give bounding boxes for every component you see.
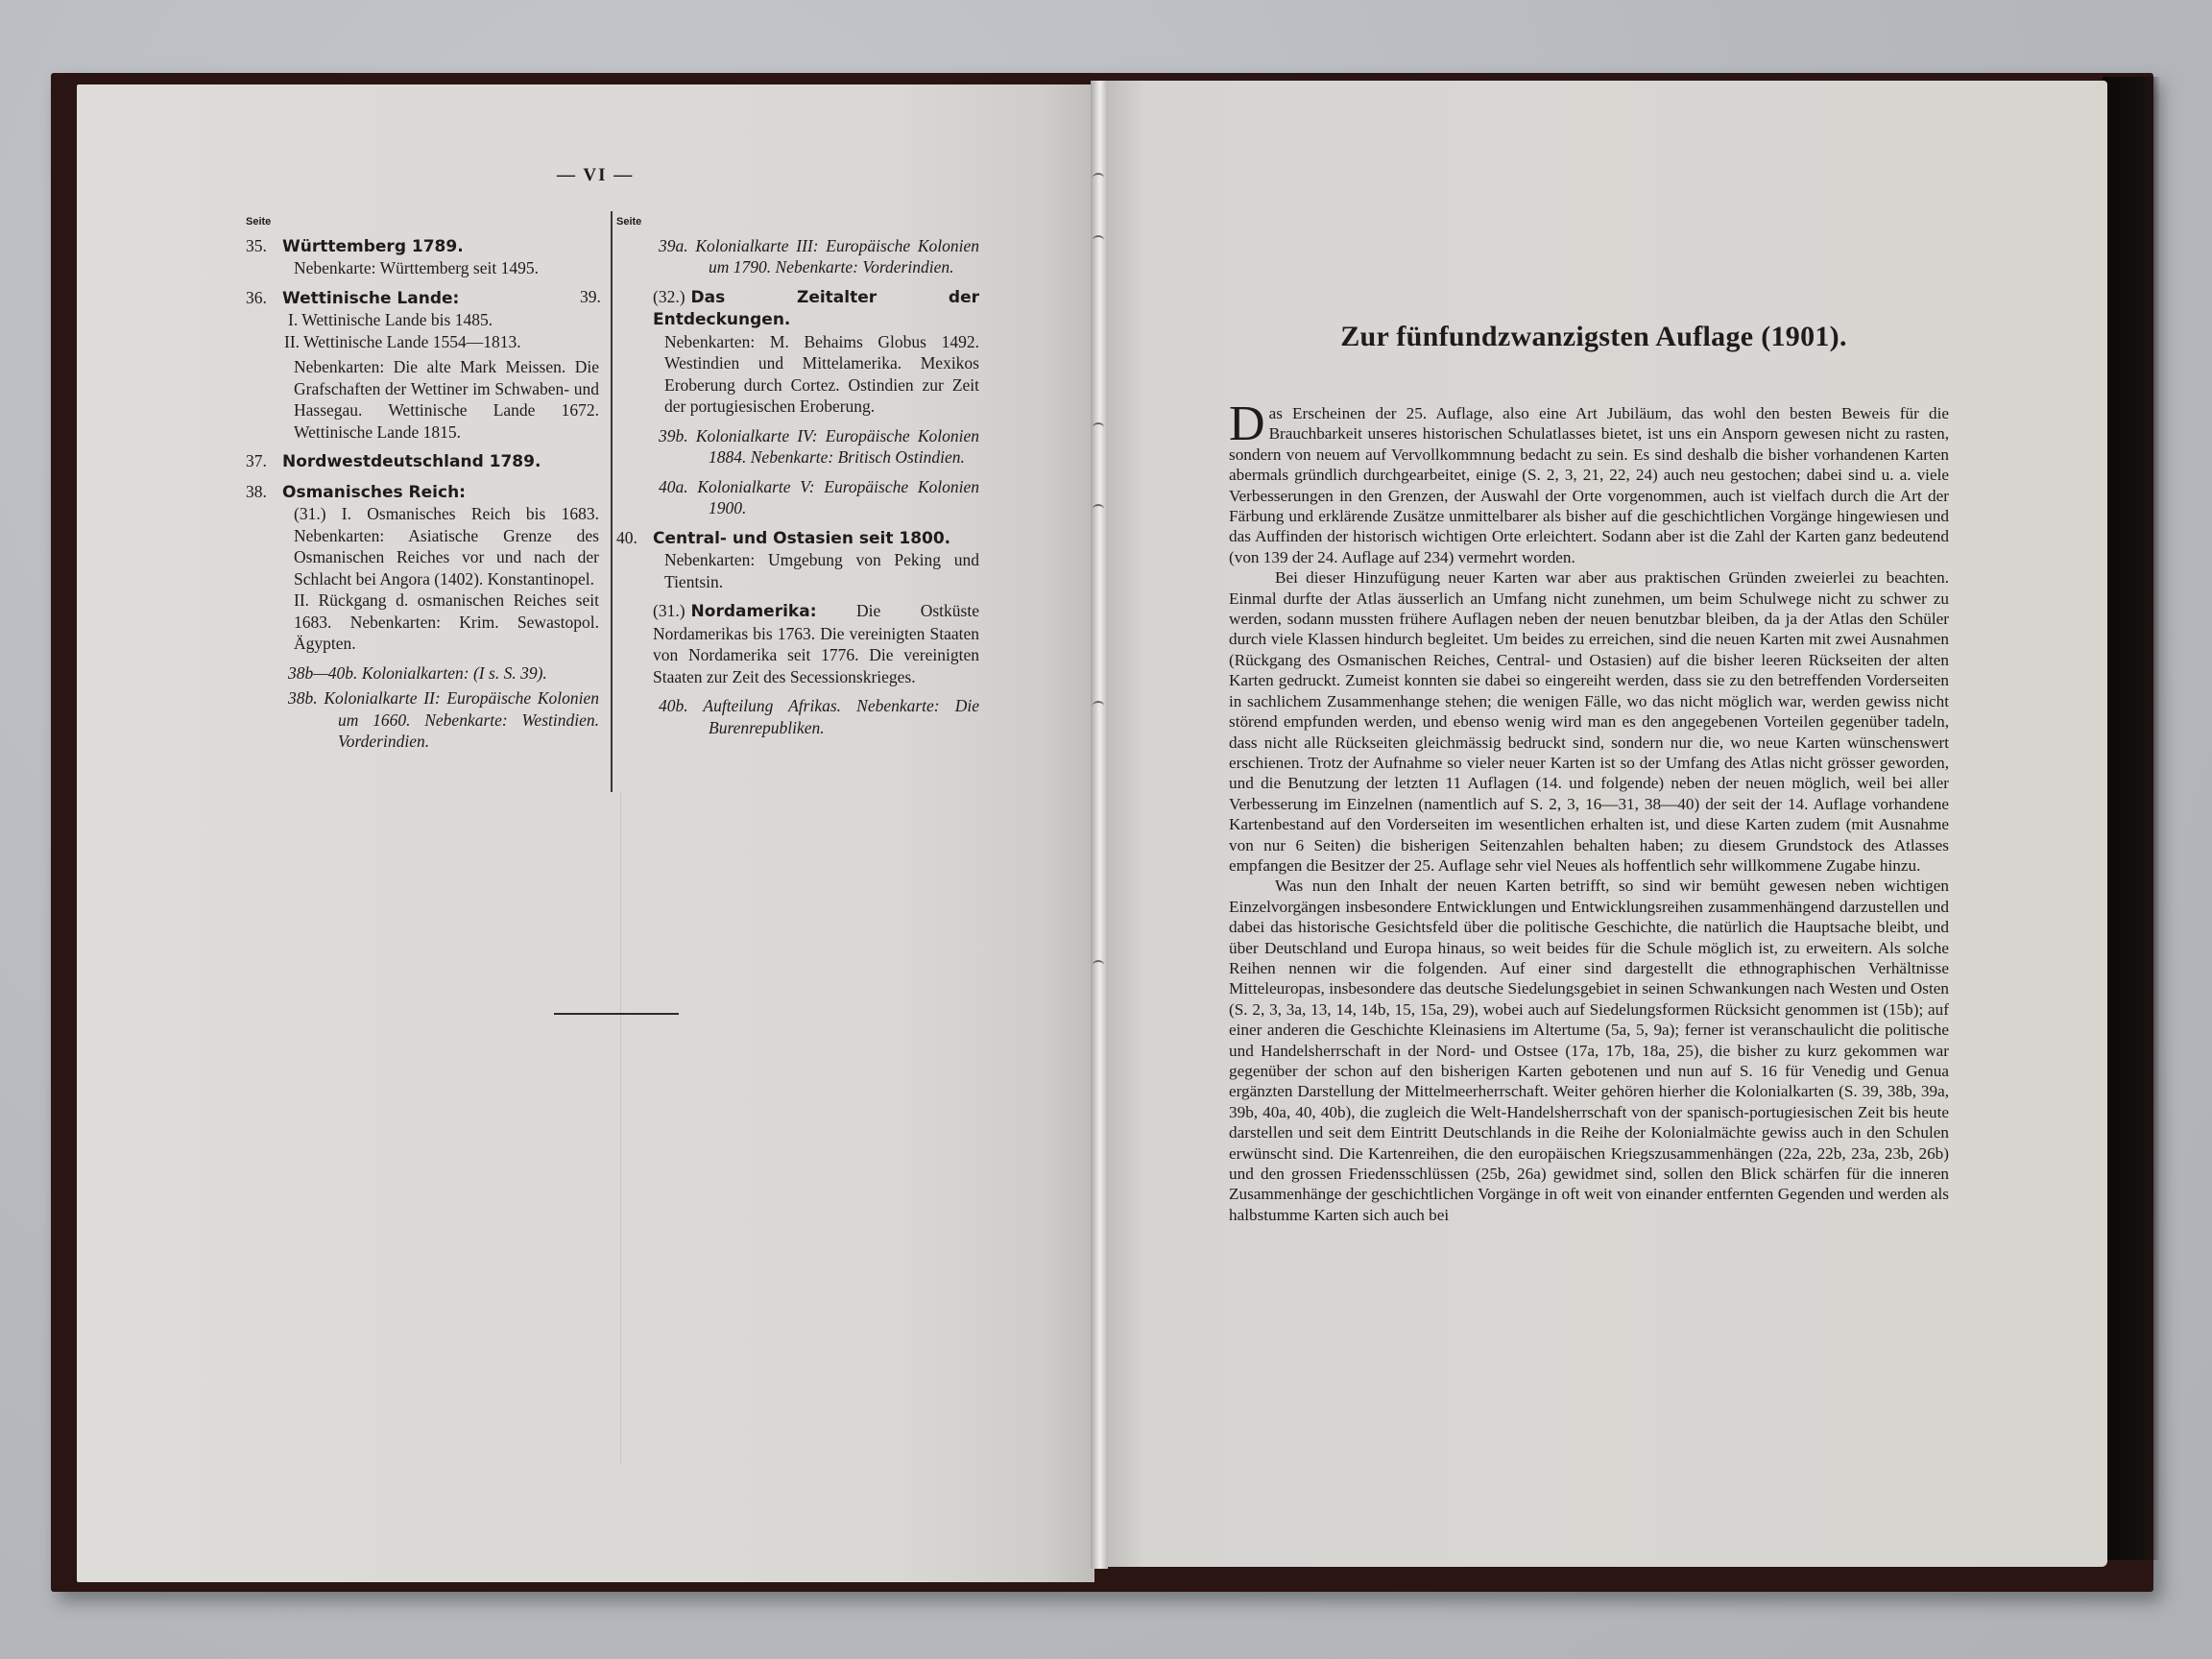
toc-entry: 38.Osmanisches Reich: (31.) I. Osmanisch… [246, 481, 599, 655]
entry-number: 39a. [659, 236, 688, 255]
entry-title: Nordamerika: [691, 602, 817, 621]
book-gutter [1091, 81, 1108, 1569]
entry-title: Wettinische Lande: [282, 289, 459, 308]
entry-line: II. Wettinische Lande 1554—1813. [246, 331, 599, 353]
page-number: — VI — [557, 165, 634, 186]
entry-title: Württemberg 1789. [282, 237, 464, 256]
entry-prefix: (32.) [653, 287, 685, 306]
toc-entry-italic: 38b. Kolonialkarte II: Europäische Kolon… [246, 687, 599, 753]
entry-line: Nebenkarte: Württemberg seit 1495. [246, 257, 599, 279]
entry-title: Central- und Ostasien seit 1800. [653, 529, 950, 548]
entry-number: 35. [246, 235, 282, 257]
preface-body: Das Erscheinen der 25. Auflage, also ein… [1229, 403, 1949, 1225]
binding-stitch [1093, 422, 1104, 432]
toc-entry: 39.(32.)Das Zeitalter der Entdeckungen. … [616, 286, 979, 418]
entry-text: Kolonialkarte II: Europäische Kolonien u… [324, 688, 599, 751]
paragraph: Was nun den Inhalt der neuen Karten betr… [1229, 876, 1949, 1225]
toc-entry: (31.)Nordamerika: Die Ostküste Nordameri… [616, 600, 979, 687]
binding-stitch [1093, 235, 1104, 245]
entry-text: Kolonialkarte V: Europäische Kolonien 19… [697, 477, 979, 518]
seite-label: Seite [616, 211, 979, 233]
paragraph: Das Erscheinen der 25. Auflage, also ein… [1229, 403, 1949, 567]
section-separator [554, 1013, 679, 1015]
entry-title: Das Zeitalter der Entdeckungen. [653, 288, 979, 330]
entry-number: 40b. [659, 696, 688, 715]
binding-stitch [1093, 960, 1104, 970]
toc-entry-italic: 38b—40b. Kolonialkarten: (I s. S. 39). [246, 662, 599, 685]
seite-label: Seite [246, 211, 599, 233]
toc-entry-italic: 39a. Kolonialkarte III: Europäische Kolo… [616, 235, 979, 278]
entry-number: 38. [246, 481, 282, 503]
toc-entry: 37.Nordwestdeutschland 1789. [246, 450, 599, 473]
preface-title: Zur fünfundzwanzigsten Auflage (1901). [1229, 321, 1959, 353]
entry-note: II. Rückgang d. osmanischen Reiches seit… [246, 589, 599, 655]
entry-number: 39b. [659, 426, 688, 445]
paragraph: Bei dieser Hinzufügung neuer Karten war … [1229, 567, 1949, 876]
entry-number: 36. [246, 287, 282, 309]
entry-note: Nebenkarten: Umgebung von Peking und Tie… [616, 549, 979, 592]
column-rule-faint [620, 792, 621, 1464]
entry-number: 40a. [659, 477, 688, 496]
entry-prefix: (31.) [653, 601, 685, 620]
paragraph-text: as Erscheinen der 25. Auflage, also eine… [1229, 404, 1949, 566]
entry-text: Aufteilung Afrikas. Nebenkarte: Die Bure… [703, 696, 979, 737]
entry-text: Kolonialkarte III: Europäische Kolonien … [695, 236, 979, 277]
binding-stitch [1093, 504, 1104, 514]
entry-title: Osmanisches Reich: [282, 483, 466, 502]
entry-number: 38b—40b. [288, 663, 357, 683]
toc-entry: 36.Wettinische Lande: I. Wettinische Lan… [246, 287, 599, 444]
entry-title: Nordwestdeutschland 1789. [282, 452, 541, 471]
entry-note: Nebenkarten: Die alte Mark Meissen. Die … [246, 356, 599, 443]
cover-shadow [2103, 77, 2160, 1560]
column-rule [611, 211, 613, 792]
entry-note: (31.) I. Osmanisches Reich bis 1683. Neb… [246, 503, 599, 589]
entry-text: Kolonialkarte IV: Europäische Kolonien 1… [696, 426, 979, 468]
entry-number: 39. [616, 286, 653, 308]
entry-line: I. Wettinische Lande bis 1485. [246, 309, 599, 331]
toc-column-1: Seite 35.Württemberg 1789. Nebenkarte: W… [246, 211, 599, 753]
toc-entry-italic: 39b. Kolonialkarte IV: Europäische Kolon… [616, 425, 979, 469]
binding-stitch [1093, 173, 1104, 182]
entry-note: Nebenkarten: M. Behaims Globus 1492. Wes… [616, 331, 979, 418]
toc-entry-italic: 40b. Aufteilung Afrikas. Nebenkarte: Die… [616, 695, 979, 738]
toc-entry: 35.Württemberg 1789. Nebenkarte: Württem… [246, 235, 599, 279]
entry-number: 37. [246, 450, 282, 472]
drop-cap: D [1229, 405, 1265, 444]
toc-entry: 40.Central- und Ostasien seit 1800. Nebe… [616, 527, 979, 593]
binding-stitch [1093, 701, 1104, 710]
toc-column-2: Seite 39a. Kolonialkarte III: Europäisch… [616, 211, 979, 738]
toc-entry-italic: 40a. Kolonialkarte V: Europäische Koloni… [616, 476, 979, 519]
entry-number: 40. [616, 527, 653, 549]
entry-number: 38b. [288, 688, 318, 708]
entry-text: Kolonialkarten: (I s. S. 39). [362, 663, 547, 683]
